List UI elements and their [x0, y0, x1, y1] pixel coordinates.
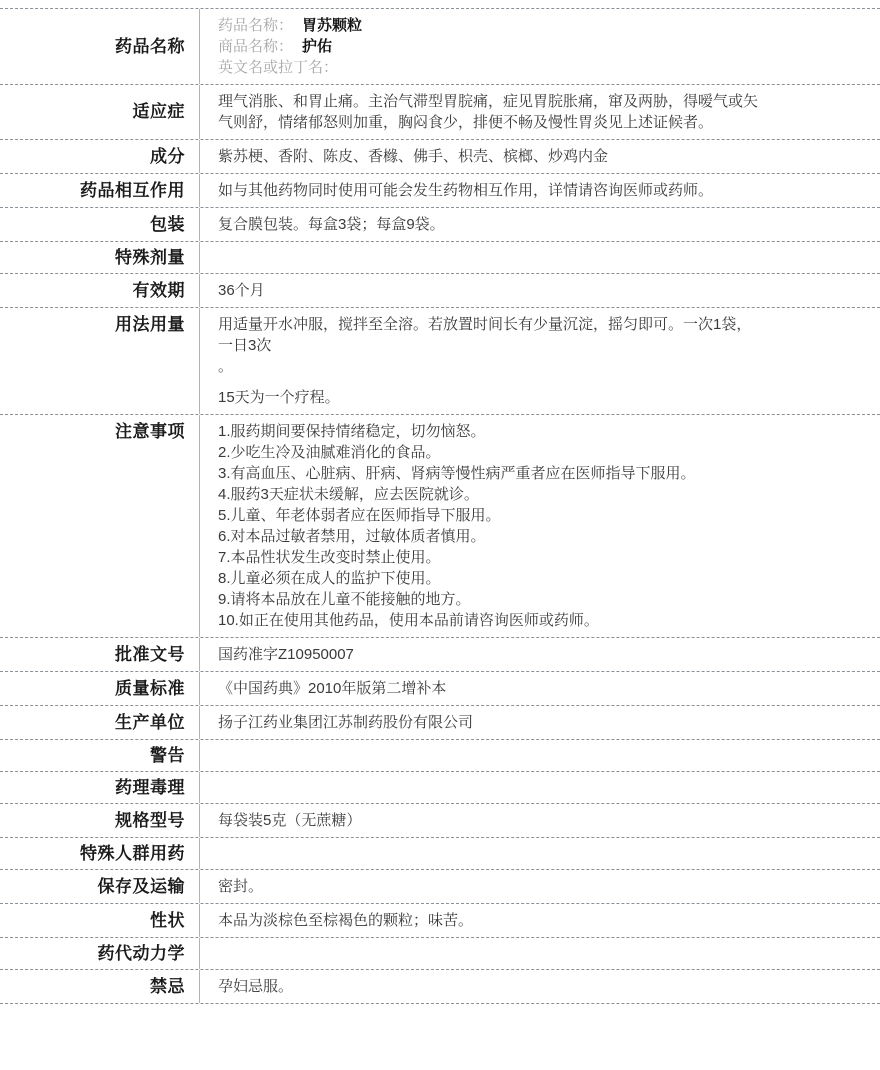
paragraph: 用适量开水冲服，搅拌至全溶。若放置时间长有少量沉淀，摇匀即可。一次1袋，一日3次… — [218, 314, 760, 377]
row-value: 复合膜包装。每盒3袋；每盒9袋。 — [200, 208, 800, 241]
row-label-text: 警告 — [150, 745, 185, 767]
table-row: 禁忌 孕妇忌服。 — [0, 970, 880, 1004]
table-row: 保存及运输 密封。 — [0, 870, 880, 904]
row-label-text: 药品相互作用 — [80, 180, 185, 202]
row-label: 保存及运输 — [0, 870, 200, 903]
row-label-text: 禁忌 — [150, 976, 185, 998]
table-row: 用法用量 用适量开水冲服，搅拌至全溶。若放置时间长有少量沉淀，摇匀即可。一次1袋… — [0, 308, 880, 415]
row-label-text: 适应症 — [133, 101, 186, 123]
row-label: 警告 — [0, 740, 200, 771]
row-label: 特殊剂量 — [0, 242, 200, 273]
row-label-text: 规格型号 — [115, 810, 185, 832]
row-value: 36个月 — [200, 274, 800, 307]
row-value: 理气消胀、和胃止痛。主治气滞型胃脘痛，症见胃脘胀痛，窜及两胁，得嗳气或矢气则舒，… — [200, 85, 800, 139]
row-label: 包装 — [0, 208, 200, 241]
table-row: 药理毒理 — [0, 772, 880, 804]
field-line: 英文名或拉丁名： — [218, 57, 760, 78]
row-label: 有效期 — [0, 274, 200, 307]
row-label: 用法用量 — [0, 308, 200, 414]
table-row: 性状 本品为淡棕色至棕褐色的颗粒；味苦。 — [0, 904, 880, 938]
row-value — [200, 782, 800, 794]
table-row: 药品名称 药品名称：胃苏颗粒商品名称：护佑英文名或拉丁名： — [0, 9, 880, 85]
table-row: 批准文号 国药准字Z10950007 — [0, 638, 880, 672]
row-label: 成分 — [0, 140, 200, 173]
table-row: 质量标准 《中国药典》2010年版第二增补本 — [0, 672, 880, 706]
notice-item: 10.如正在使用其他药品，使用本品前请咨询医师或药师。 — [218, 610, 760, 631]
row-label: 规格型号 — [0, 804, 200, 837]
notice-item: 1.服药期间要保持情绪稳定，切勿恼怒。 — [218, 421, 760, 442]
row-value: 紫苏梗、香附、陈皮、香橼、佛手、枳壳、槟榔、炒鸡内金 — [200, 140, 800, 173]
notice-item: 8.儿童必须在成人的监护下使用。 — [218, 568, 760, 589]
row-label-text: 药代动力学 — [98, 943, 186, 965]
table-row: 药代动力学 — [0, 938, 880, 970]
notice-item: 4.服药3天症状未缓解，应去医院就诊。 — [218, 484, 760, 505]
notice-item: 7.本品性状发生改变时禁止使用。 — [218, 547, 760, 568]
row-label-text: 包装 — [150, 214, 185, 236]
row-value — [200, 750, 800, 762]
table-row: 适应症 理气消胀、和胃止痛。主治气滞型胃脘痛，症见胃脘胀痛，窜及两胁，得嗳气或矢… — [0, 85, 880, 140]
row-label: 质量标准 — [0, 672, 200, 705]
row-label-text: 注意事项 — [115, 421, 185, 443]
row-value: 扬子江药业集团江苏制药股份有限公司 — [200, 706, 800, 739]
row-label-text: 成分 — [150, 146, 185, 168]
table-row: 规格型号 每袋装5克（无蔗糖） — [0, 804, 880, 838]
field-name: 商品名称： — [218, 38, 293, 55]
notice-item: 5.儿童、年老体弱者应在医师指导下服用。 — [218, 505, 760, 526]
row-label: 药品名称 — [0, 9, 200, 84]
row-label-text: 保存及运输 — [98, 876, 186, 898]
row-value: 如与其他药物同时使用可能会发生药物相互作用，详情请咨询医师或药师。 — [200, 174, 800, 207]
table-row: 包装 复合膜包装。每盒3袋；每盒9袋。 — [0, 208, 880, 242]
table-row: 药品相互作用 如与其他药物同时使用可能会发生药物相互作用，详情请咨询医师或药师。 — [0, 174, 880, 208]
table-row: 警告 — [0, 740, 880, 772]
row-label: 性状 — [0, 904, 200, 937]
table-row: 特殊剂量 — [0, 242, 880, 274]
row-value: 密封。 — [200, 870, 800, 903]
page: { "colors": { "border_dashed": "#8a9299"… — [0, 0, 880, 1070]
table-row: 生产单位 扬子江药业集团江苏制药股份有限公司 — [0, 706, 880, 740]
table-row: 成分 紫苏梗、香附、陈皮、香橼、佛手、枳壳、槟榔、炒鸡内金 — [0, 140, 880, 174]
row-value: 药品名称：胃苏颗粒商品名称：护佑英文名或拉丁名： — [200, 9, 800, 84]
row-label: 适应症 — [0, 85, 200, 139]
row-label-text: 用法用量 — [115, 314, 185, 336]
row-label-text: 特殊人群用药 — [80, 843, 185, 865]
row-label-text: 有效期 — [133, 280, 186, 302]
row-value — [200, 848, 800, 860]
row-label-text: 性状 — [150, 910, 185, 932]
row-label-text: 特殊剂量 — [115, 247, 185, 269]
row-label: 生产单位 — [0, 706, 200, 739]
table-row: 特殊人群用药 — [0, 838, 880, 870]
row-label: 批准文号 — [0, 638, 200, 671]
row-value: 每袋装5克（无蔗糖） — [200, 804, 800, 837]
row-label: 药代动力学 — [0, 938, 200, 969]
row-value: 《中国药典》2010年版第二增补本 — [200, 672, 800, 705]
row-value: 用适量开水冲服，搅拌至全溶。若放置时间长有少量沉淀，摇匀即可。一次1袋，一日3次… — [200, 308, 800, 414]
row-value — [200, 948, 800, 960]
notice-item: 6.对本品过敏者禁用，过敏体质者慎用。 — [218, 526, 760, 547]
row-value: 孕妇忌服。 — [200, 970, 800, 1003]
row-value — [200, 252, 800, 264]
table-row: 有效期 36个月 — [0, 274, 880, 308]
field-value: 胃苏颗粒 — [302, 17, 362, 34]
notice-item: 9.请将本品放在儿童不能接触的地方。 — [218, 589, 760, 610]
notice-item: 3.有高血压、心脏病、肝病、肾病等慢性病严重者应在医师指导下服用。 — [218, 463, 760, 484]
row-label-text: 批准文号 — [115, 644, 185, 666]
field-name: 英文名或拉丁名： — [218, 59, 338, 76]
row-label-text: 生产单位 — [115, 712, 185, 734]
field-line: 药品名称：胃苏颗粒 — [218, 15, 760, 36]
row-value: 本品为淡棕色至棕褐色的颗粒；味苦。 — [200, 904, 800, 937]
row-label: 药品相互作用 — [0, 174, 200, 207]
row-label: 注意事项 — [0, 415, 200, 637]
row-label-text: 药理毒理 — [115, 777, 185, 799]
notice-item: 2.少吃生冷及油腻难消化的食品。 — [218, 442, 760, 463]
row-label: 特殊人群用药 — [0, 838, 200, 869]
row-label: 禁忌 — [0, 970, 200, 1003]
row-value: 1.服药期间要保持情绪稳定，切勿恼怒。2.少吃生冷及油腻难消化的食品。3.有高血… — [200, 415, 800, 637]
paragraph: 15天为一个疗程。 — [218, 387, 760, 408]
table-row: 注意事项 1.服药期间要保持情绪稳定，切勿恼怒。2.少吃生冷及油腻难消化的食品。… — [0, 415, 880, 638]
drug-info-table: 药品名称 药品名称：胃苏颗粒商品名称：护佑英文名或拉丁名： 适应症 理气消胀、和… — [0, 8, 880, 1004]
field-name: 药品名称： — [218, 17, 293, 34]
row-label-text: 药品名称 — [115, 36, 185, 58]
row-label-text: 质量标准 — [115, 678, 185, 700]
field-line: 商品名称：护佑 — [218, 36, 760, 57]
row-value: 国药准字Z10950007 — [200, 638, 800, 671]
row-label: 药理毒理 — [0, 772, 200, 803]
field-value: 护佑 — [302, 38, 332, 55]
